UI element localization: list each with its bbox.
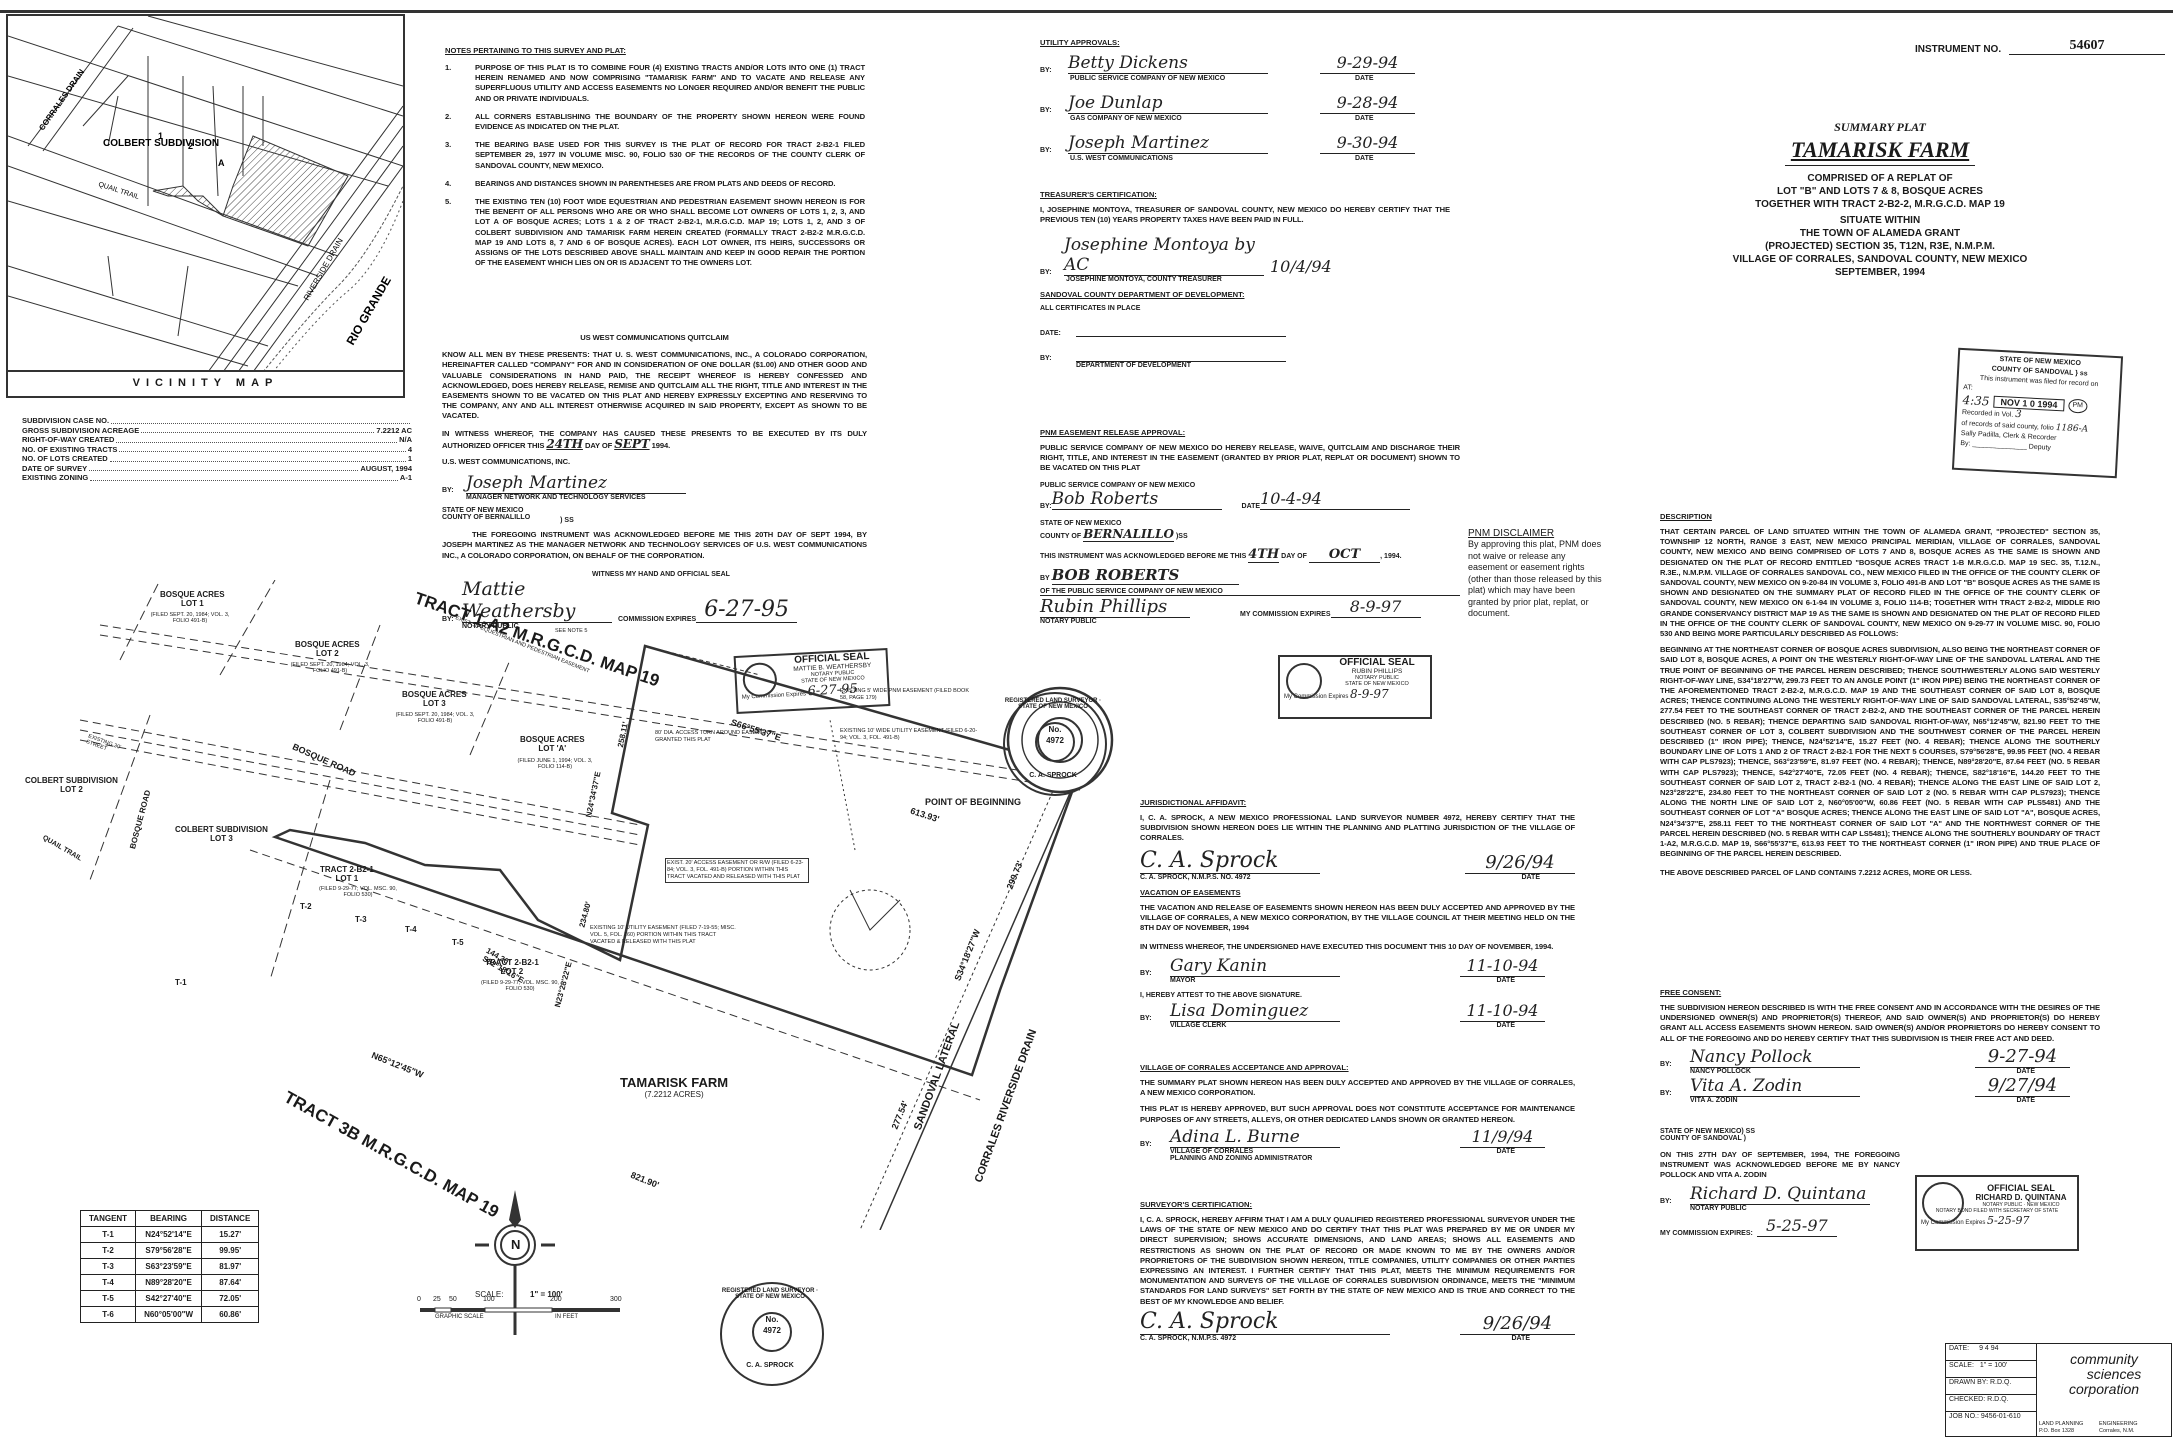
signature: Vita A. Zodin xyxy=(1690,1076,1802,1096)
surveyor-seal-bottom: REGISTERED LAND SURVEYOR · STATE OF NEW … xyxy=(720,1282,830,1392)
signature: Richard D. Quintana xyxy=(1690,1184,1866,1204)
stat-row: SUBDIVISION CASE NO. xyxy=(22,416,412,426)
legal-description: DESCRIPTION THAT CERTAIN PARCEL OF LAND … xyxy=(1660,512,2100,878)
description-para: BEGINNING AT THE NORTHEAST CORNER OF BOS… xyxy=(1660,645,2100,859)
tamarisk-label: TAMARISK FARM(7.2212 ACRES) xyxy=(620,1075,728,1099)
vicinity-map-title: VICINITY MAP xyxy=(6,370,405,398)
description-para: THAT CERTAIN PARCEL OF LAND SITUATED WIT… xyxy=(1660,527,2100,639)
pnm-signature: BY: Bob Roberts DATE 10-4-94 xyxy=(1040,489,1460,510)
firm-name-column: community sciences corporation LAND PLAN… xyxy=(2037,1344,2171,1436)
firm-title-block: DATE: 9 4 94 SCALE: 1" = 100' DRAWN BY: … xyxy=(1945,1343,2172,1437)
note-item: 5.THE EXISTING TEN (10) FOOT WIDE EQUEST… xyxy=(445,197,865,268)
notes-section: NOTES PERTAINING TO THIS SURVEY AND PLAT… xyxy=(445,46,865,276)
stat-row: RIGHT-OF-WAY CREATEDN/A xyxy=(22,435,412,445)
signature: C. A. Sprock xyxy=(1140,848,1278,873)
pnm-disclaimer-heading: PNM DISCLAIMER xyxy=(1468,528,1603,539)
notary-seal-quintana: OFFICIAL SEAL RICHARD D. QUINTANA NOTARY… xyxy=(1915,1175,2079,1251)
utility-approval-row: BY: Joe Dunlap GAS COMPANY OF NEW MEXICO… xyxy=(1040,91,1430,131)
pnm-venue: STATE OF NEW MEXICO COUNTY OF Bernalillo… xyxy=(1040,520,1460,541)
utility-approvals: UTILITY APPROVALS: BY: Betty Dickens PUB… xyxy=(1040,38,1430,171)
table-row: T-2S79°56'28"E99.95' xyxy=(81,1243,259,1259)
pnm-body: PUBLIC SERVICE COMPANY OF NEW MEXICO DO … xyxy=(1040,443,1460,474)
seal-emblem-icon xyxy=(1922,1182,1964,1224)
vicinity-label-drain: CORRALES DRAIN xyxy=(37,67,86,132)
table-row: T-3S63°23'59"E81.97' xyxy=(81,1259,259,1275)
surveyor-seal-top: REGISTERED LAND SURVEYOR · STATE OF NEW … xyxy=(1003,692,1113,802)
table-row: T-6N60°05'00"W60.86' xyxy=(81,1307,259,1323)
firm-name: community sciences corporation xyxy=(2037,1352,2171,1397)
stat-row: NO. OF LOTS CREATED1 xyxy=(22,454,412,464)
note-item: 3.THE BEARING BASE USED FOR THIS SURVEY … xyxy=(445,140,865,171)
free-consent-notary: STATE OF NEW MEXICO) SS COUNTY OF SANDOV… xyxy=(1660,1128,1900,1238)
north-label: N xyxy=(511,1237,520,1252)
utility-approval-row: BY: Betty Dickens PUBLIC SERVICE COMPANY… xyxy=(1040,51,1430,91)
jurisdictional-affidavit: JURISDICTIONAL AFFIDAVIT: I, C. A. SPROC… xyxy=(1140,798,1575,881)
treasurer-title: JOSEPHINE MONTOYA, COUNTY TREASURER xyxy=(1066,276,1450,283)
svg-text:1: 1 xyxy=(158,131,163,141)
treasurer-heading: TREASURER'S CERTIFICATION: xyxy=(1040,190,1450,199)
note-item: 2.ALL CORNERS ESTABLISHING THE BOUNDARY … xyxy=(445,112,865,132)
quitclaim-venue: STATE OF NEW MEXICOCOUNTY OF BERNALILLO … xyxy=(442,507,867,524)
treasurer-certification: TREASURER'S CERTIFICATION: I, JOSEPHINE … xyxy=(1040,190,1450,283)
signature: Lisa Dominguez xyxy=(1170,1001,1308,1021)
pnm-heading: PNM EASEMENT RELEASE APPROVAL: xyxy=(1040,428,1460,437)
description-acreage: THE ABOVE DESCRIBED PARCEL OF LAND CONTA… xyxy=(1660,868,2100,878)
description-heading: DESCRIPTION xyxy=(1660,512,2100,521)
firm-info-column: DATE: 9 4 94 SCALE: 1" = 100' DRAWN BY: … xyxy=(1946,1344,2037,1436)
signature: Gary Kanin xyxy=(1170,956,1267,976)
signature: Betty Dickens xyxy=(1068,53,1188,73)
signature: Bob Roberts xyxy=(1052,489,1159,509)
notes-heading: NOTES PERTAINING TO THIS SURVEY AND PLAT… xyxy=(445,46,865,55)
note-item: 4.BEARINGS AND DISTANCES SHOWN IN PARENT… xyxy=(445,179,865,189)
utility-approvals-heading: UTILITY APPROVALS: xyxy=(1040,38,1430,47)
pnm-disclaimer-body: By approving this plat, PNM does not wai… xyxy=(1468,539,1603,620)
dept-by-field: BY: xyxy=(1040,351,1340,362)
quitclaim-signature: BY: Joseph Martinez xyxy=(442,473,867,494)
quitclaim-company: U.S. WEST COMMUNICATIONS, INC. xyxy=(442,457,867,467)
table-row: T-4N89°28'20"E87.64' xyxy=(81,1275,259,1291)
svg-text:2: 2 xyxy=(188,141,193,151)
subdivision-stats: SUBDIVISION CASE NO. GROSS SUBDIVISION A… xyxy=(22,416,412,483)
top-border xyxy=(0,10,2173,13)
pnm-disclaimer: PNM DISCLAIMER By approving this plat, P… xyxy=(1468,528,1603,620)
recording-stamp: STATE OF NEW MEXICO COUNTY OF SANDOVAL }… xyxy=(1952,348,2123,478)
stat-row: EXISTING ZONINGA-1 xyxy=(22,473,412,483)
table-row: T-5S42°27'40"E72.05' xyxy=(81,1291,259,1307)
plat-title: TAMARISK FARM xyxy=(1700,137,2060,163)
witness-seal-text: WITNESS MY HAND AND OFFICIAL SEAL xyxy=(592,571,867,578)
svg-text:A: A xyxy=(218,158,225,168)
signature: C. A. Sprock xyxy=(1140,1309,1278,1334)
vacation-of-easements: VACATION OF EASEMENTS THE VACATION AND R… xyxy=(1140,888,1575,1029)
instrument-number: INSTRUMENT NO. 54607 xyxy=(1915,38,2165,55)
signature: Adina L. Burne xyxy=(1170,1127,1300,1147)
scale-ticks: 0 25 50 100 200 300 xyxy=(417,1296,627,1303)
quitclaim-ack: THE FOREGOING INSTRUMENT WAS ACKNOWLEDGE… xyxy=(442,530,867,561)
dept-development: SANDOVAL COUNTY DEPARTMENT OF DEVELOPMEN… xyxy=(1040,290,1340,369)
plat-map-drawing xyxy=(0,580,1140,1230)
seal-emblem-icon xyxy=(1286,663,1322,699)
quitclaim-witness: IN WITNESS WHEREOF, THE COMPANY HAS CAUS… xyxy=(442,429,867,451)
stat-row: GROSS SUBDIVISION ACREAGE7.2212 AC xyxy=(22,426,412,436)
vicinity-map-drawing: CORRALES DRAIN COLBERT SUBDIVISION 1 2 A… xyxy=(8,16,403,372)
notary-seal-phillips: OFFICIAL SEAL RUBIN PHILLIPS NOTARY PUBL… xyxy=(1278,655,1432,719)
signature: Joseph Martinez xyxy=(1068,133,1209,153)
quitclaim-heading: US WEST COMMUNICATIONS QUITCLAIM xyxy=(442,333,867,343)
svg-text:QUAIL TRAIL: QUAIL TRAIL xyxy=(97,181,140,201)
signature: Nancy Pollock xyxy=(1690,1047,1812,1067)
signature: Josephine Montoya by AC xyxy=(1064,235,1255,275)
surveyor-certification: SURVEYOR'S CERTIFICATION: I, C. A. SPROC… xyxy=(1140,1200,1575,1342)
utility-approval-row: BY: Joseph Martinez U.S. WEST COMMUNICAT… xyxy=(1040,131,1430,171)
treasurer-body: I, JOSEPHINE MONTOYA, TREASURER OF SANDO… xyxy=(1040,205,1450,225)
stat-row: DATE OF SURVEYAUGUST, 1994 xyxy=(22,464,412,474)
vicinity-map: CORRALES DRAIN COLBERT SUBDIVISION 1 2 A… xyxy=(6,14,405,398)
stat-row: NO. OF EXISTING TRACTS4 xyxy=(22,445,412,455)
quitclaim-body: KNOW ALL MEN BY THESE PRESENTS: THAT U. … xyxy=(442,350,867,421)
plat-title-block: SUMMARY PLAT TAMARISK FARM COMPRISED OF … xyxy=(1700,120,2060,279)
signature: Joe Dunlap xyxy=(1068,93,1163,113)
notes-list: 1.PURPOSE OF THIS PLAT IS TO COMBINE FOU… xyxy=(445,63,865,268)
dept-date-field: DATE: xyxy=(1040,326,1340,337)
plat-map: TRACT 1-A2 M.R.G.C.D. MAP 19 TRACT 3B M.… xyxy=(0,580,1140,1230)
signer-title: MANAGER NETWORK AND TECHNOLOGY SERVICES xyxy=(466,494,867,501)
signature: Joseph Martinez xyxy=(466,473,607,493)
svg-text:RIO GRANDE: RIO GRANDE xyxy=(343,274,393,347)
village-approval: VILLAGE OF CORRALES ACCEPTANCE AND APPRO… xyxy=(1140,1063,1575,1162)
dept-heading: SANDOVAL COUNTY DEPARTMENT OF DEVELOPMEN… xyxy=(1040,290,1340,299)
plat-subtitle: SUMMARY PLAT xyxy=(1700,120,2060,135)
note-item: 1.PURPOSE OF THIS PLAT IS TO COMBINE FOU… xyxy=(445,63,865,104)
treasurer-signature: BY: Josephine Montoya by AC 10/4/94 xyxy=(1040,235,1450,276)
